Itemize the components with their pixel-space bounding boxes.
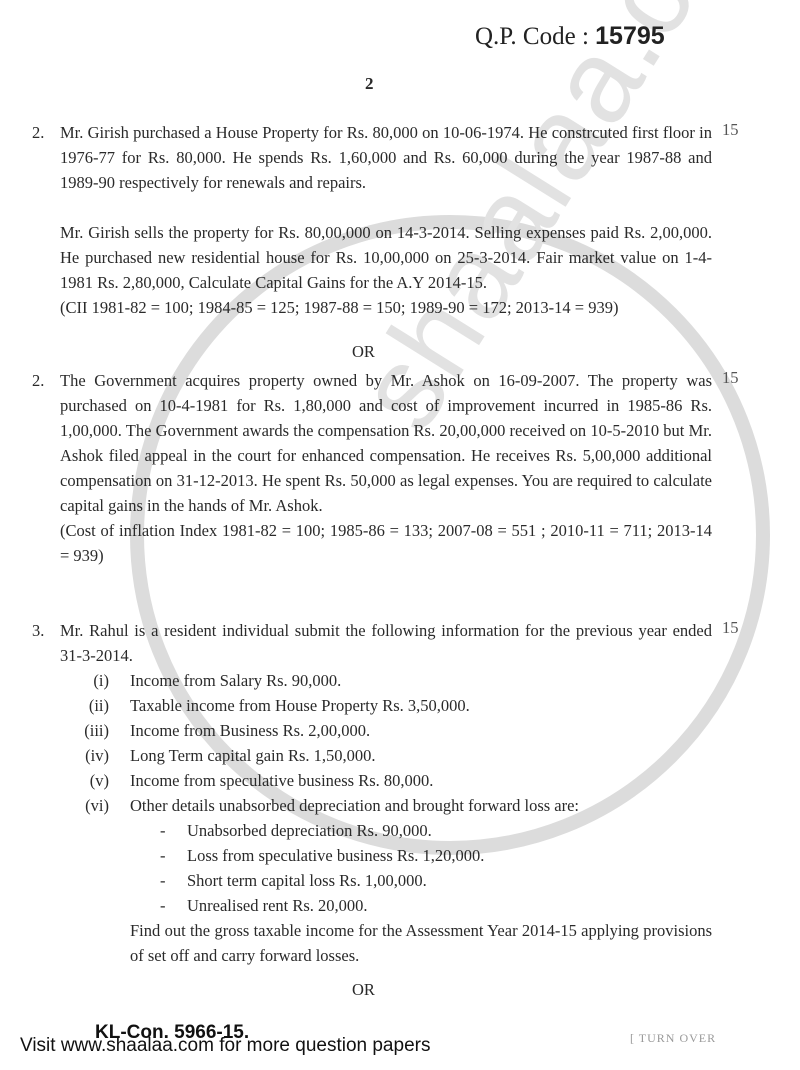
sub-item-text: Unrealised rent Rs. 20,000. <box>187 893 368 918</box>
page-number: 2 <box>365 74 374 94</box>
list-item: (v)Income from speculative business Rs. … <box>32 768 712 793</box>
item-numeral: (iv) <box>54 743 109 768</box>
question-paragraph: The Government acquires property owned b… <box>60 368 712 518</box>
list-item: (i)Income from Salary Rs. 90,000. <box>32 668 712 693</box>
item-text: Long Term capital gain Rs. 1,50,000. <box>130 743 376 768</box>
list-item: (vi)Other details unabsorbed depreciatio… <box>32 793 712 818</box>
marks: 15 <box>722 618 739 638</box>
list-item: (iv)Long Term capital gain Rs. 1,50,000. <box>32 743 712 768</box>
item-text: Taxable income from House Property Rs. 3… <box>130 693 470 718</box>
question-intro: Mr. Rahul is a resident individual submi… <box>60 618 712 668</box>
sub-list-item: -Unrealised rent Rs. 20,000. <box>32 893 712 918</box>
item-text: Income from Salary Rs. 90,000. <box>130 668 341 693</box>
question-paragraph: Mr. Girish purchased a House Property fo… <box>60 120 712 195</box>
list-item: (ii)Taxable income from House Property R… <box>32 693 712 718</box>
item-text: Income from Business Rs. 2,00,000. <box>130 718 370 743</box>
or-separator: OR <box>352 980 375 1000</box>
dash-bullet: - <box>160 868 166 893</box>
item-text: Other details unabsorbed depreciation an… <box>130 793 579 818</box>
cii-note: (CII 1981-82 = 100; 1984-85 = 125; 1987-… <box>60 295 712 320</box>
sub-list-item: -Unabsorbed depreciation Rs. 90,000. <box>32 818 712 843</box>
dash-bullet: - <box>160 818 166 843</box>
marks: 15 <box>722 120 739 140</box>
item-numeral: (i) <box>54 668 109 693</box>
question-number: 2. <box>32 368 44 393</box>
dash-bullet: - <box>160 843 166 868</box>
qp-code: Q.P. Code : 15795 <box>475 22 665 51</box>
sub-item-text: Short term capital loss Rs. 1,00,000. <box>187 868 427 893</box>
item-numeral: (ii) <box>54 693 109 718</box>
or-separator: OR <box>352 342 375 362</box>
turn-over-label: [ TURN OVER <box>630 1031 716 1046</box>
item-numeral: (vi) <box>54 793 109 818</box>
question-3: 3. Mr. Rahul is a resident individual su… <box>32 618 712 968</box>
dash-bullet: - <box>160 893 166 918</box>
list-item: (iii)Income from Business Rs. 2,00,000. <box>32 718 712 743</box>
visit-link[interactable]: Visit www.shaalaa.com for more question … <box>20 1035 430 1057</box>
qp-code-value: 15795 <box>595 22 665 50</box>
question-number: 3. <box>32 618 44 643</box>
question-paragraph: Mr. Girish sells the property for Rs. 80… <box>60 220 712 295</box>
item-text: Income from speculative business Rs. 80,… <box>130 768 433 793</box>
marks: 15 <box>722 368 739 388</box>
question-2b: 2. The Government acquires property owne… <box>32 368 712 568</box>
sub-item-text: Unabsorbed depreciation Rs. 90,000. <box>187 818 432 843</box>
item-numeral: (iii) <box>54 718 109 743</box>
question-2a: 2. Mr. Girish purchased a House Property… <box>32 120 712 320</box>
sub-item-text: Loss from speculative business Rs. 1,20,… <box>187 843 484 868</box>
sub-list-item: -Short term capital loss Rs. 1,00,000. <box>32 868 712 893</box>
question-number: 2. <box>32 120 44 145</box>
qp-code-label: Q.P. Code : <box>475 23 589 50</box>
item-numeral: (v) <box>54 768 109 793</box>
question-closing: Find out the gross taxable income for th… <box>130 918 712 968</box>
cii-note: (Cost of inflation Index 1981-82 = 100; … <box>60 518 712 568</box>
sub-list-item: -Loss from speculative business Rs. 1,20… <box>32 843 712 868</box>
